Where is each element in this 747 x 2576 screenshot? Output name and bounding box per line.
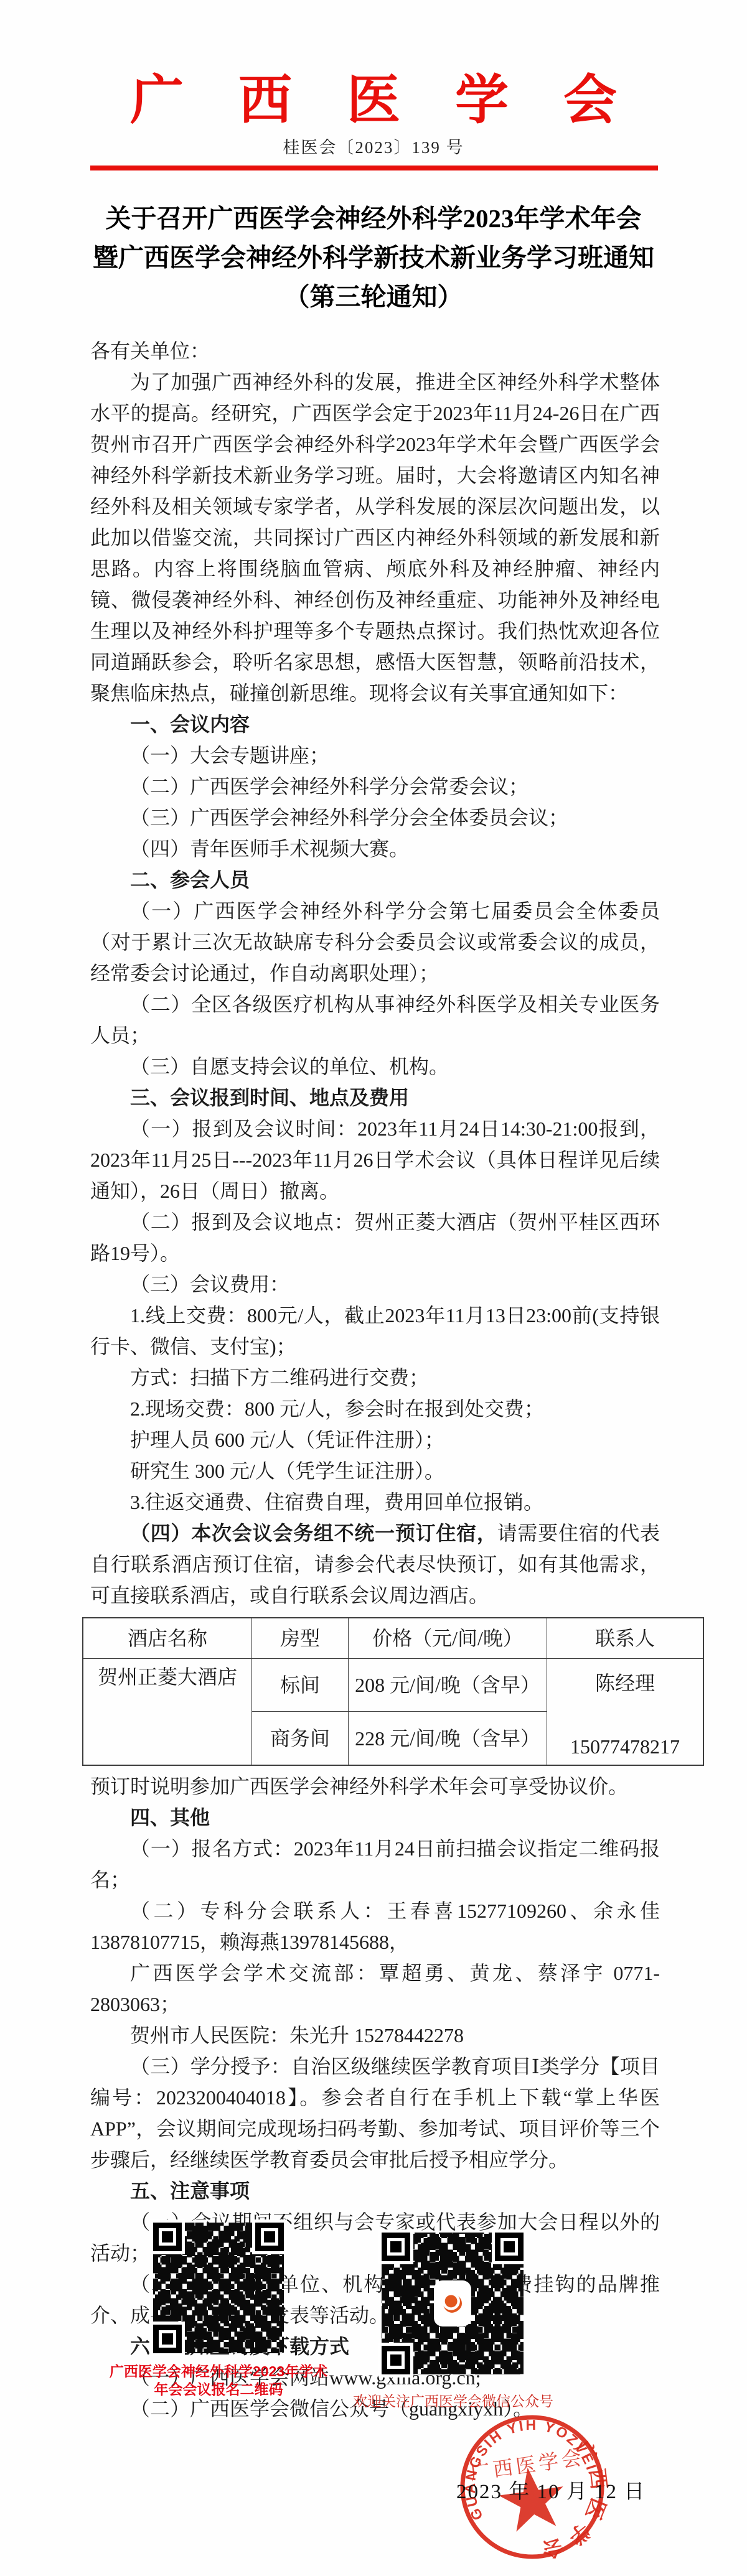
section-3-heading: 三、会议报到时间、地点及费用	[90, 1082, 660, 1113]
qr-finder-icon	[255, 2223, 284, 2251]
hotel-table: 酒店名称 房型 价格（元/间/晚） 联系人 贺州正菱大酒店 标间 208 元/间…	[82, 1617, 704, 1766]
doc-line: （三）会议费用：	[90, 1269, 660, 1300]
registration-qr-code	[153, 2223, 284, 2353]
doc-line: （一）广西医学会神经外科学分会第七届委员会全体委员（对于累计三次无故缺席专科分会…	[90, 895, 660, 989]
room-type-cell: 商务间	[252, 1712, 349, 1765]
table-header-row: 酒店名称 房型 价格（元/间/晚） 联系人	[83, 1618, 703, 1659]
doc-line: （一）大会专题讲座；	[90, 740, 660, 771]
doc-title-line1: 关于召开广西医学会神经外科学2023年学术年会	[0, 199, 747, 238]
red-rule	[90, 166, 658, 170]
qr-finder-icon	[382, 2233, 410, 2261]
salutation: 各有关单位：	[90, 335, 660, 366]
hotel-name-cell: 贺州正菱大酒店	[83, 1659, 252, 1766]
doc-title: 关于召开广西医学会神经外科学2023年学术年会 暨广西医学会神经外科学新技术新业…	[0, 199, 747, 317]
contact-phone: 15077478217	[551, 1731, 699, 1762]
price-cell: 208 元/间/晚（含早）	[349, 1659, 547, 1712]
doc-line: 广西医学会学术交流部：覃超勇、黄龙、蔡泽宇 0771-2803063；	[90, 1958, 660, 2020]
doc-line: （四）青年医师手术视频大赛。	[90, 833, 660, 864]
wechat-qr-caption: 欢迎关注广西医学会微信公众号	[350, 2390, 556, 2410]
gxma-logo	[436, 2283, 469, 2324]
room-type-cell: 标间	[252, 1659, 349, 1712]
doc-line: 1.线上交费：800元/人，截止2023年11月13日23:00前(支持银行卡、…	[90, 1300, 660, 1362]
doc-line: （三）广西医学会神经外科学分会全体委员会议；	[90, 802, 660, 833]
qr-finder-icon	[153, 2223, 182, 2251]
doc-line: （四）本次会议会务组不统一预订住宿，请需要住宿的代表自行联系酒店预订住宿，请参会…	[90, 1518, 660, 1611]
doc-title-line2: 暨广西医学会神经外科学新技术新业务学习班通知	[0, 238, 747, 278]
doc-line: 3.往返交通费、住宿费自理，费用回单位报销。	[90, 1486, 660, 1518]
wechat-qr-code	[382, 2233, 524, 2374]
doc-line: 预订时说明参加广西医学会神经外科学术年会可享受协议价。	[90, 1771, 660, 1802]
col-room-type: 房型	[252, 1618, 349, 1659]
col-hotel-name: 酒店名称	[83, 1618, 252, 1659]
qr-finder-icon	[382, 2346, 410, 2374]
doc-line: （一）报到及会议时间：2023年11月24日14:30-21:00报到，2023…	[90, 1113, 660, 1206]
doc-line: （三）学分授予：自治区级继续医学教育项目Ⅰ类学分【项目编号：2023200404…	[90, 2051, 660, 2175]
doc-line: （二）全区各级医疗机构从事神经外科医学及相关专业医务人员；	[90, 989, 660, 1051]
section-1-heading: 一、会议内容	[90, 709, 660, 740]
doc-line: 贺州市人民医院：朱光升 15278442278	[90, 2020, 660, 2051]
col-price: 价格（元/间/晚）	[349, 1618, 547, 1659]
document-page: 广西医学会 桂医会〔2023〕139 号 关于召开广西医学会神经外科学2023年…	[0, 0, 747, 2576]
col-contact: 联系人	[547, 1618, 704, 1659]
price-cell: 228 元/间/晚（含早）	[349, 1712, 547, 1765]
doc-line: 为了加强广西神经外科的发展，推进全区神经外科学术整体水平的提高。经研究，广西医学…	[90, 366, 660, 709]
doc-line: 2.现场交费：800 元/人，参会时在报到处交费；	[90, 1393, 660, 1424]
contact-cell: 陈经理 15077478217	[547, 1659, 704, 1766]
section-5-heading: 五、注意事项	[90, 2175, 660, 2206]
doc-line: （二）报到及会议地点：贺州正菱大酒店（贺州平桂区西环路19号）。	[90, 1206, 660, 1269]
org-title: 广西医学会	[0, 73, 747, 127]
doc-line: （二）专科分会联系人：王春喜15277109260、余永佳 1387810771…	[90, 1895, 660, 1958]
table-row: 贺州正菱大酒店 标间 208 元/间/晚（含早） 陈经理 15077478217	[83, 1659, 703, 1712]
doc-body-part-a: 各有关单位：为了加强广西神经外科的发展，推进全区神经外科学术整体水平的提高。经研…	[90, 335, 660, 1611]
doc-line: （二）广西医学会神经外科学分会常委会议；	[90, 771, 660, 802]
section-4-heading: 四、其他	[90, 1802, 660, 1833]
doc-body: 各有关单位：为了加强广西神经外科的发展，推进全区神经外科学术整体水平的提高。经研…	[90, 335, 660, 2424]
doc-line: （一）报名方式：2023年11月24日前扫描会议指定二维码报名；	[90, 1833, 660, 1895]
doc-line: （三）自愿支持会议的单位、机构。	[90, 1051, 660, 1082]
doc-line: 护理人员 600 元/人（凭证件注册）；	[90, 1424, 660, 1455]
doc-number: 桂医会〔2023〕139 号	[0, 137, 747, 158]
doc-line: 方式：扫描下方二维码进行交费；	[90, 1362, 660, 1393]
issue-date: 2023 年 10 月 12 日	[456, 2475, 646, 2504]
doc-line: 研究生 300 元/人（凭学生证注册）。	[90, 1455, 660, 1486]
doc-title-line3: （第三轮通知）	[0, 278, 747, 317]
contact-name: 陈经理	[551, 1668, 699, 1699]
registration-qr-caption: 广西医学会神经外科学2023年学术 年会会议报名二维码	[91, 2363, 346, 2399]
section-2-heading: 二、参会人员	[90, 864, 660, 895]
qr-finder-icon	[495, 2233, 524, 2261]
qr-finder-icon	[153, 2325, 182, 2353]
